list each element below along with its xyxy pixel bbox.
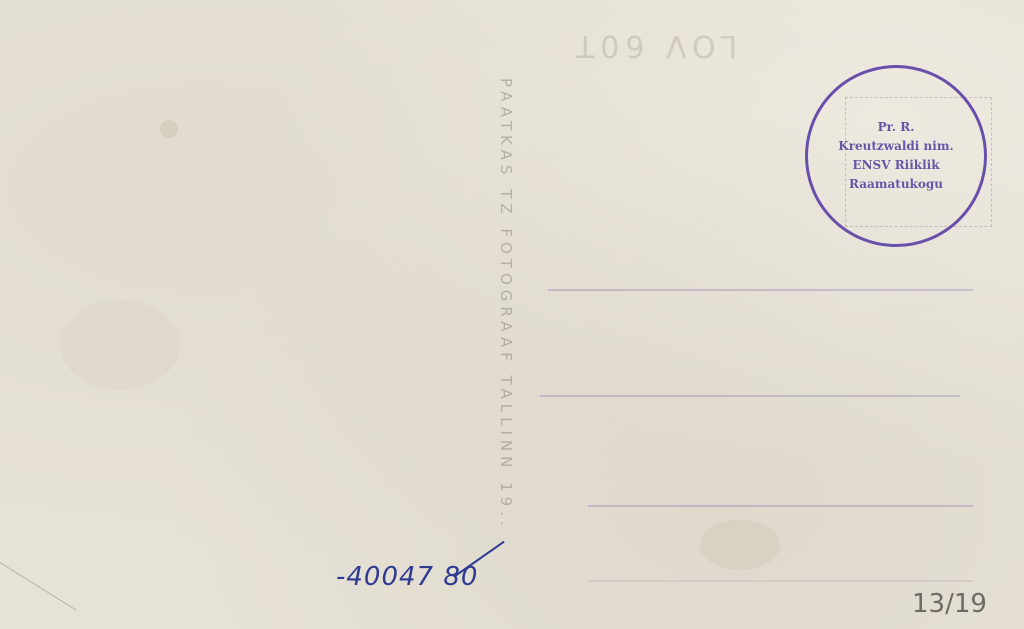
address-line-4 — [588, 580, 973, 582]
stamp-line: Raamatukogu — [849, 175, 943, 194]
stamp-line: Pr. R. — [878, 118, 915, 137]
publisher-imprint: PAATKAS TZ FOTOGRAAF TALLINN 19.. — [497, 78, 515, 531]
stain — [700, 520, 780, 570]
address-line-3 — [588, 505, 973, 507]
corner-crease — [0, 562, 77, 611]
stain — [60, 300, 180, 390]
faint-reversed-text: LOV 60T — [570, 28, 737, 63]
address-line-1 — [548, 289, 973, 291]
address-line-2 — [540, 395, 960, 397]
postcard-back: LOV 60T PAATKAS TZ FOTOGRAAF TALLINN 19.… — [0, 0, 1024, 629]
stain — [160, 120, 178, 138]
stamp-line: Kreutzwaldi nim. — [838, 137, 953, 156]
library-stamp: Pr. R. Kreutzwaldi nim. ENSV Riiklik Raa… — [805, 65, 987, 247]
pen-stroke — [454, 541, 504, 577]
pencil-note: 13/19 — [912, 589, 987, 619]
handwritten-inventory-number: -40047 80 — [336, 562, 478, 592]
stamp-line: ENSV Riiklik — [852, 156, 939, 175]
